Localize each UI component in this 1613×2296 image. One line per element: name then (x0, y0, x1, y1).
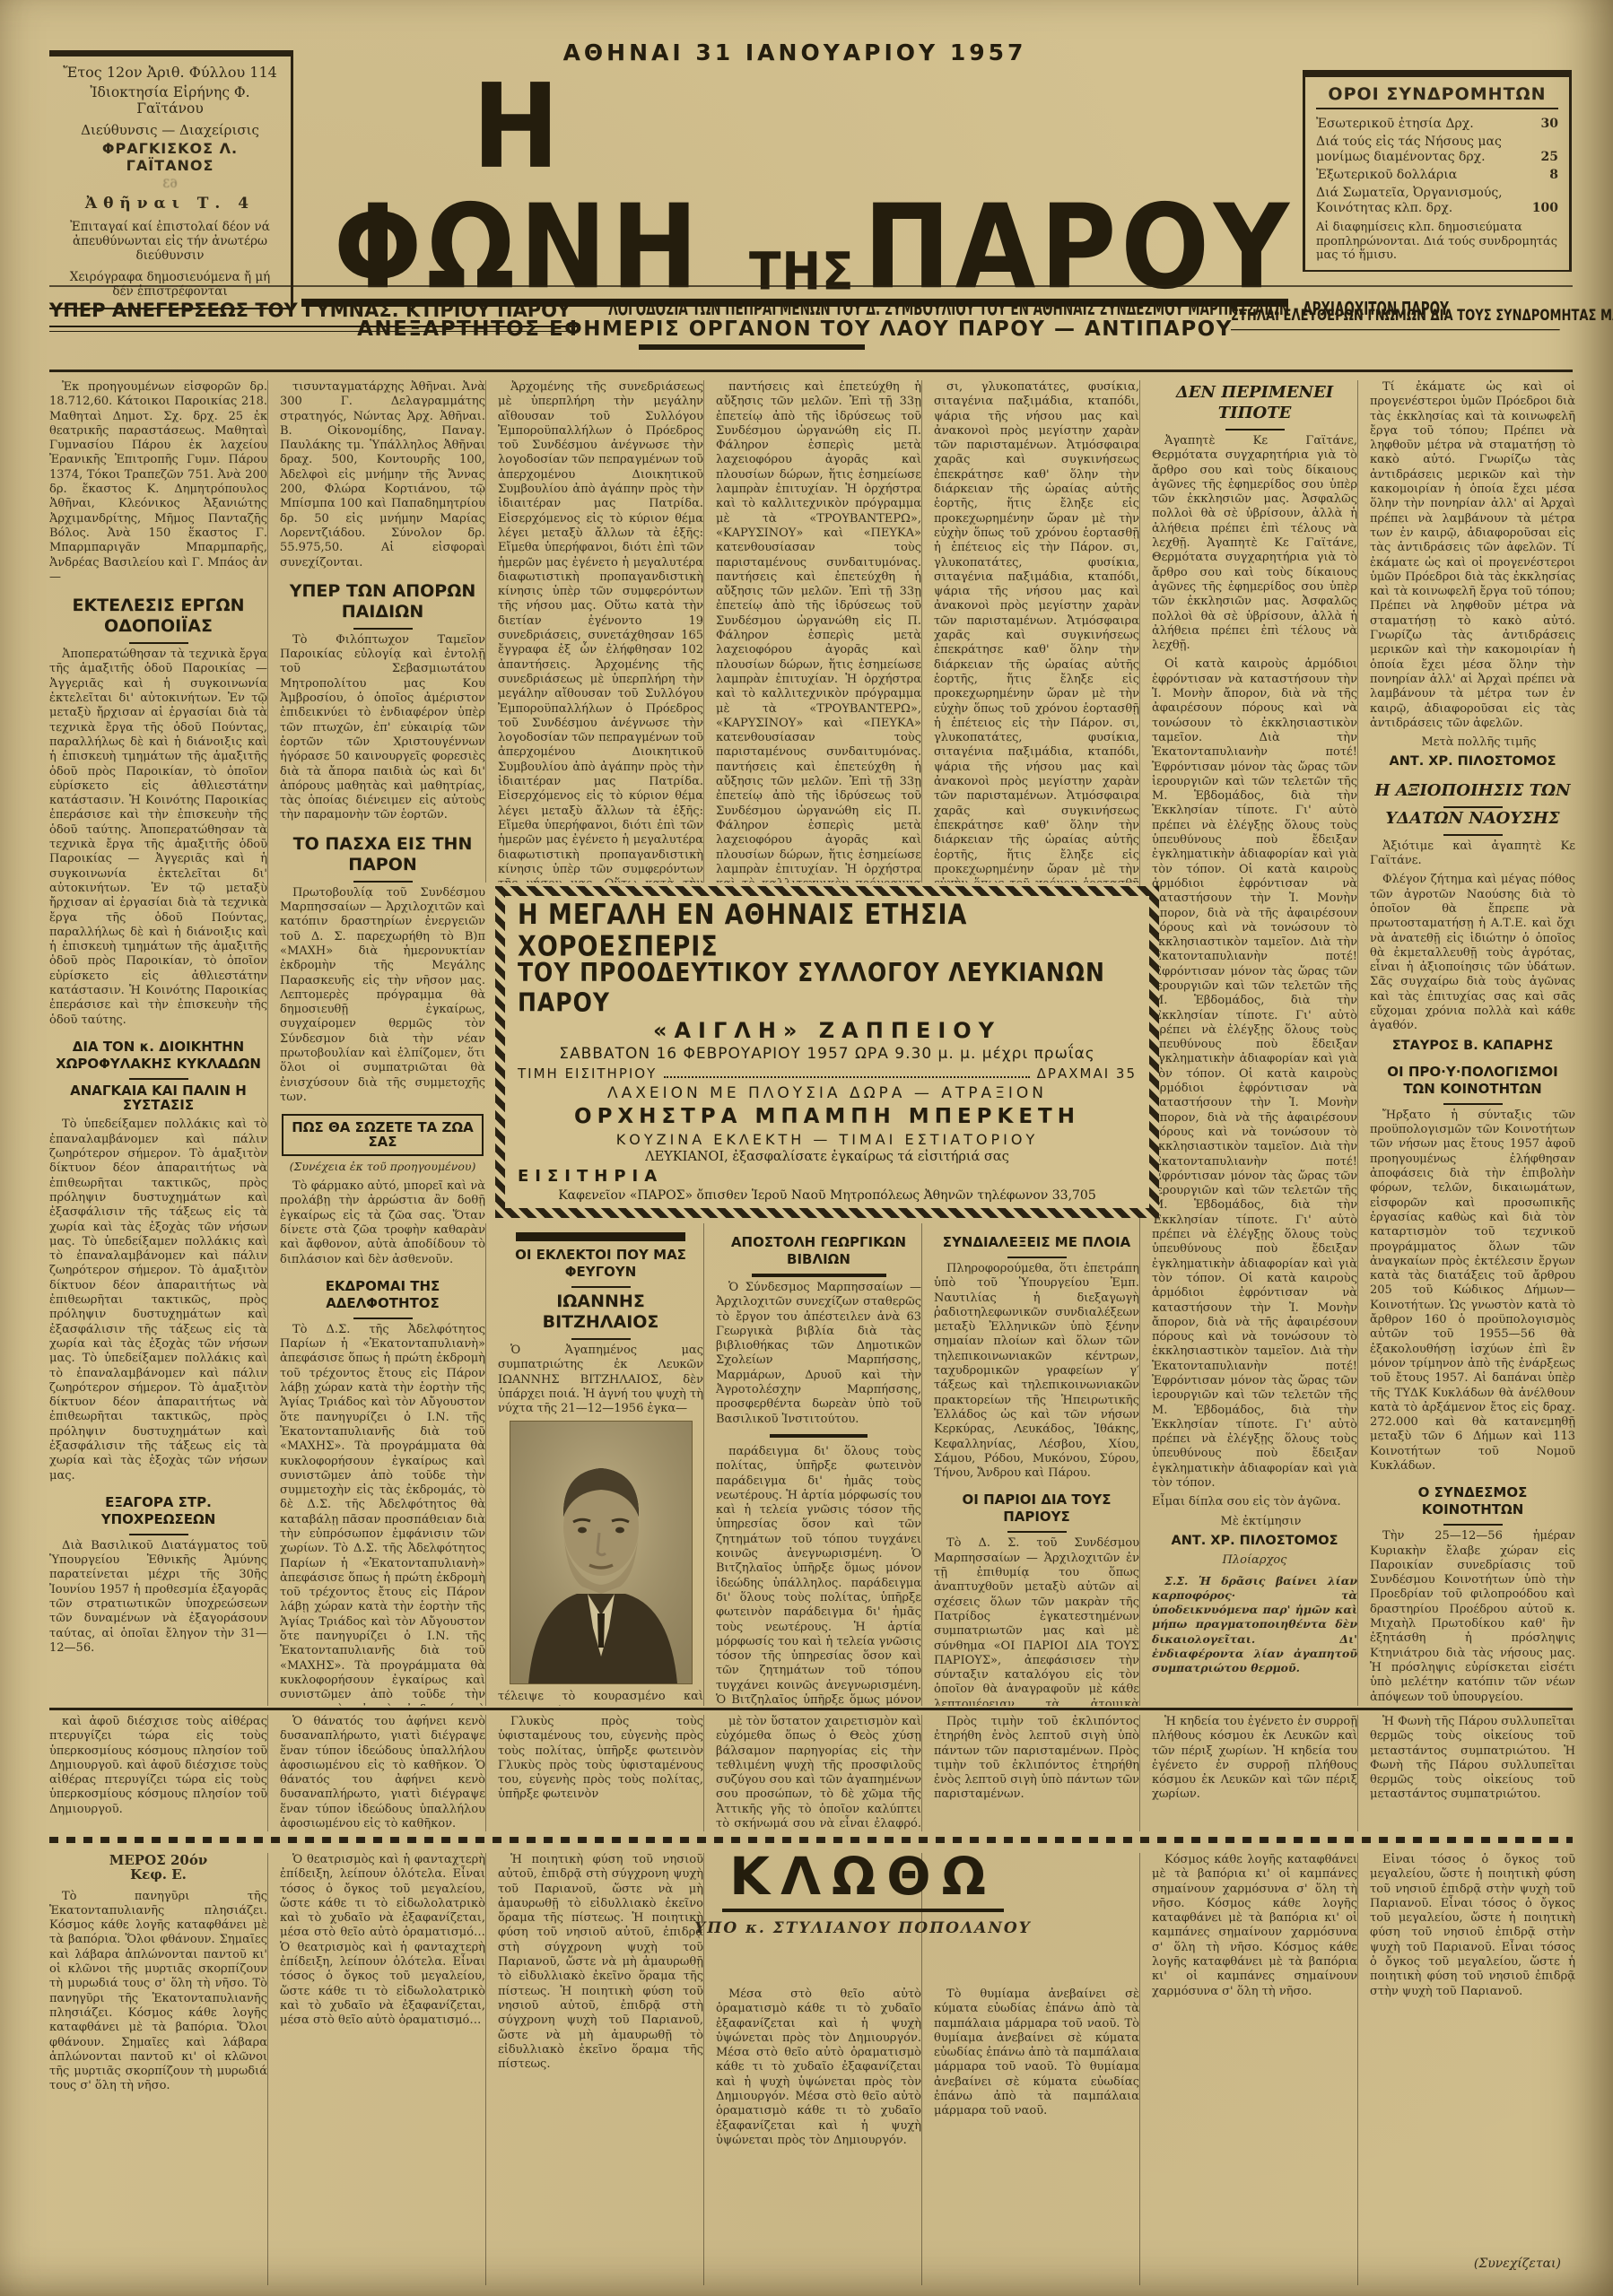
column-4-top: παντήσεις καὶ ἐπετεύχθη ἡ αὔξησις τῶν με… (703, 380, 921, 883)
heading-community-budgets: ΟΙ ΠΡΟ·Υ·ΠΟΛΟΓΙΣΜΟΙ ΤΩΝ ΚΟΙΝΟΤΗΤΩΝ (1370, 1064, 1575, 1105)
heading-road-works: ΕΚΤΕΛΕΣΙΣ ΕΡΓΩΝ ΟΔΟΠΟΙΪΑΣ (49, 596, 267, 644)
signature-title: Πλοίαρχος (1152, 1553, 1357, 1568)
column-5-bottom: ΣΥΝΔΙΑΛΕΞΕΙΣ ΜΕ ΠΛΟΙΑ Πληροφορούμεθα, ὅτ… (921, 1223, 1139, 1706)
letter-body: Οἱ κατὰ καιροὺς ἁρμόδιοι ἐφρόντισαν νὰ κ… (1152, 657, 1357, 1491)
heading-poor-children: ΥΠΕΡ ΤΩΝ ΑΠΟΡΩΝ ΠΑΙΔΙΩΝ (280, 581, 485, 630)
serial-column-7: Εἶναι τόσος ὁ ὄγκος τοῦ μεγαλείου, ὥστε … (1357, 1853, 1575, 2285)
column-3-bottom: ΟΙ ΕΚΛΕΚΤΟΙ ΠΟΥ ΜΑΣ ΦΕΥΓΟΥΝ ΙΩΑΝΝΗΣ ΒΙΤΖ… (485, 1223, 703, 1706)
cont-column-6: Ἡ κηδεία του ἐγένετο ἐν συρροῇ πλήθους κ… (1139, 1715, 1357, 1831)
cont-column-3: Γλυκὺς πρὸς τοὺς ὑφισταμένους του, εὐγεν… (485, 1715, 703, 1831)
obituary-continuation: τέλειψε τὸ κουρασμένο καὶ βασανισμένο σῶ… (498, 1690, 703, 1706)
heading-save-your-animals: ΠΩΣ ΘΑ ΣΩΖΕΤΕ ΤΑ ΖΩΑ ΣΑΣ (282, 1114, 484, 1156)
masthead: ΑΘΗΝΑΙ 31 ΙΑΝΟΥΑΡΙΟΥ 1957 Η ΦΩΝΗ ΤΗΣ ΠΑΡ… (296, 39, 1294, 341)
article-body: τισυνταγματάρχης Ἀθῆναι. Ἀνὰ 300 Γ. Δελα… (280, 380, 485, 570)
terms-row: Διά τούς εἰς τάς Νήσους μας μονίμως διαμ… (1316, 135, 1558, 165)
cont-column-1: καὶ ἀφοῦ διέσχισε τοὺς αἰθέρας πτερυγίζε… (49, 1715, 267, 1831)
article-body: Ἤρξατο ἡ σύνταξις τῶν προϋπολογισμῶν τῶν… (1370, 1109, 1575, 1474)
serial-body: Τὸ πανηγῦρι τῆς Ἑκατονταπυλιανῆς πλησιάζ… (49, 1890, 267, 2094)
article-body: Τὴν 25—12—56 ἡμέραν Κυριακὴν ἔλαβε χώραν… (1370, 1529, 1575, 1705)
subheading-gendarmerie: ΑΝΑΓΚΑΙΑ ΚΑΙ ΠΑΛΙΝ Η ΣΥΣΤΑΣΙΣ (49, 1083, 267, 1113)
newspaper-page: Ἔτος 12ον Ἀριθ. Φύλλου 114 Ἰδιοκτησία Εἰ… (0, 0, 1613, 2296)
obituary-continuation: Γλυκὺς πρὸς τοὺς ὑφισταμένους του, εὐγεν… (498, 1715, 703, 1803)
article-body: Ἡ κηδεία του ἐγένετο ἐν συρροῇ πλήθους κ… (1152, 1715, 1357, 1803)
heading-communities-association: Ο ΣΥΝΔΕΣΜΟΣ ΚΟΙΝΟΤΗΤΩΝ (1370, 1484, 1575, 1526)
management-label: Διεύθυνσις — Διαχείρισις (58, 122, 282, 138)
serial-chapter-label: Κεφ. Ε. (130, 1866, 187, 1883)
article-body: Πρωτοβουλίᾳ τοῦ Συνδέσμου Μαρπησσαίων — … (280, 886, 485, 1105)
terms-label: Διά Σωματεῖα, Ὀργανισμούς, Κοινότητας κλ… (1316, 186, 1527, 216)
title-part-2: ΤΗΣ (749, 242, 855, 302)
correspondence-note: Ἐπιταγαί καί ἐπιστολαί δέον νά ἀπευθύνων… (58, 220, 282, 263)
letter-body: Φλέγον ζήτημα καὶ μέγας πόθος τῶν ἀγροτῶ… (1370, 873, 1575, 1033)
obituary-intro: Ὁ Ἀγαπημένος μας συμπατριώτης ἐκ Λευκῶν … (498, 1344, 703, 1416)
serial-byline: ΥΠΟ κ. ΣΤΥΛΙΑΝΟΥ ΠΟΠΟΛΑΝΟΥ (666, 1919, 1060, 1937)
terms-note: Αἱ διαφημίσεις κλπ. δημοσιεύματα προπληρ… (1316, 221, 1558, 263)
serial-column-1: ΜΕΡΟΣ 20όν Κεφ. Ε. Τὸ πανηγῦρι τῆς Ἑκατο… (49, 1853, 267, 2285)
serial-title-block: ΚΛΩΘΩ ΥΠΟ κ. ΣΤΥΛΙΑΝΟΥ ΠΟΠΟΛΑΝΟΥ (666, 1846, 1060, 1937)
section-black-bar (516, 1232, 685, 1241)
article-body: Τὸ Δ.Σ. τῆς Ἀδελφότητος Παρίων ἡ «Ἑκατον… (280, 1323, 485, 1706)
article-body: Ἐκ προηγουμένων εἰσφορῶν δρ. 18.712,60. … (49, 380, 267, 585)
serial-title: ΚΛΩΘΩ (722, 1846, 1004, 1912)
ad-ticket-label: ΤΙΜΗ ΕΙΣΙΤΗΡΙΟΥ (518, 1065, 657, 1082)
terms-value: 100 (1532, 201, 1558, 216)
terms-row: Ἐσωτερικοῦ ἐτησία Δρχ. 30 (1316, 117, 1558, 132)
editor-note: Σ.Σ. Ἡ δρᾶσις βαίνει λίαν καρποφόρος· τὰ… (1152, 1574, 1357, 1676)
serial-column-6: Κόσμος κάθε λογῆς καταφθάνει μὲ τὰ βαπόρ… (1139, 1853, 1357, 2285)
signature-intro: Μὲ ἐκτίμησιν (1152, 1515, 1357, 1529)
newspaper-title: Η ΦΩΝΗ ΤΗΣ ΠΑΡΟΥ (296, 67, 1294, 309)
lower-section-rule (49, 1708, 1573, 1710)
letter-closing: Εἶμαι δίπλα σου εἰς τὸν ἀγῶνα. (1152, 1495, 1357, 1509)
headline-right: ΣΤΗΛΑΙ ΕΛΕΥΘΕΡΩΝ ΓΝΩΜΩΝ ΔΙΑ ΤΟΥΣ ΣΥΝΔΡΟΜ… (1231, 307, 1560, 333)
article-body: Ἀποπερατώθησαν τὰ τεχνικὰ ἔργα τῆς ἁμαξι… (49, 648, 267, 1028)
heading-naoussa-waters-line2: ΥΔΑΤΩΝ ΝΑΟΥΣΗΣ (1370, 808, 1575, 836)
ad-date-time: ΣΑΒΒΑΤΟΝ 16 ΦΕΒΡΟΥΑΡΙΟΥ 1957 ΩΡΑ 9.30 μ.… (559, 1045, 1095, 1063)
terms-label: Ἐξωτερικοῦ δολλάρια (1316, 168, 1544, 183)
heading-gendarmerie-commander: ΔΙΑ ΤΟΝ κ. ΔΙΟΙΚΗΤΗΝ ΧΩΡΟΦΥΛΑΚΗΣ ΚΥΚΛΑΔΩ… (49, 1039, 267, 1080)
article-body: Τὸ φάρμακο αὐτό, μπορεῖ καὶ νὰ προλάβῃ τ… (280, 1179, 485, 1267)
header-divider-rule (49, 285, 1573, 287)
terms-value: 8 (1549, 168, 1558, 183)
article-body: Πρὸς τιμὴν τοῦ ἐκλιπόντος ἐτηρήθη ἐνὸς λ… (934, 1715, 1139, 1803)
headline-center: ΛΟΓΟΔΟΣΙΑ ΤΩΝ ΠΕΠΡΑΓΜΕΝΩΝ ΤΟΥ Δ. ΣΥΜΒΟΥΛ… (608, 298, 1193, 319)
article-body: Ἀρχομένης τῆς συνεδριάσεως μὲ ὑπερπλήρη … (498, 380, 703, 883)
serial-part-label: ΜΕΡΟΣ 20όν Κεφ. Ε. (49, 1853, 267, 1883)
to-be-continued: (Συνεχίζεται) (1319, 2257, 1561, 2271)
cont-column-5: Πρὸς τιμὴν τοῦ ἐκλιπόντος ἐτηρήθη ἐνὸς λ… (921, 1715, 1139, 1831)
ad-ticket-row: ΤΙΜΗ ΕΙΣΙΤΗΡΙΟΥ ΔΡΑΧΜΑΙ 35 (518, 1065, 1137, 1082)
subscription-terms-box: ΟΡΟΙ ΣΥΝΔΡΟΜΗΤΩΝ Ἐσωτερικοῦ ἐτησία Δρχ. … (1303, 70, 1572, 272)
heading-departed-notables: ΟΙ ΕΚΛΕΚΤΟΙ ΠΟΥ ΜΑΣ ΦΕΥΓΟΥΝ (498, 1247, 703, 1288)
column-4-bottom: ΑΠΟΣΤΟΛΗ ΓΕΩΡΓΙΚΩΝ ΒΙΒΛΙΩΝ Ὁ Σύνδεσμος Μ… (703, 1223, 921, 1706)
signature-pilostomos: ΑΝΤ. ΧΡ. ΠΙΛΟΣΤΟΜΟΣ (1370, 754, 1575, 769)
headline-band-rule (49, 370, 1573, 372)
column-7: Τί ἐκάματε ὡς καὶ οἱ προγενέστεροι ὑμῶν … (1357, 380, 1575, 1706)
terms-title: ΟΡΟΙ ΣΥΝΔΡΟΜΗΤΩΝ (1316, 84, 1558, 109)
cont-column-4: μὲ τὸν ὕστατον χαιρετισμὸν καὶ εὐχόμεθα … (703, 1715, 921, 1831)
column-5-top: σι, γλυκοπατάτες, φυσίκια, σιταγένια παξ… (921, 380, 1139, 883)
serial-body: Τὸ θυμίαμα ἀνεβαίνει σὲ κύματα εὐωδίας ἐ… (934, 1987, 1139, 2119)
ad-title-line1: Η ΜΕΓΑΛΗ ΕΝ ΑΘΗΝΑΙΣ ΕΤΗΣΙΑ ΧΟΡΟΕΣΠΕΡΙΣ (518, 899, 1137, 962)
cont-column-7: Ἡ Φωνὴ τῆς Πάρου συλλυπεῖται θερμῶς τοὺς… (1357, 1715, 1575, 1831)
terms-row: Ἐξωτερικοῦ δολλάρια 8 (1316, 168, 1558, 183)
ad-venue: «ΑΙΓΛΗ» ΖΑΠΠΕΙΟΥ (653, 1018, 1001, 1043)
column-2: τισυνταγματάρχης Ἀθῆναι. Ἀνὰ 300 Γ. Δελα… (267, 380, 485, 1706)
article-body: Τὸ Φιλόπτωχον Ταμεῖον Παροικίας εὐλογίᾳ … (280, 633, 485, 823)
signature-kaparis: ΣΤΑΥΡΟΣ Β. ΚΑΠΑΡΗΣ (1370, 1039, 1575, 1053)
heading-military-buyout: ΕΞΑΓΟΡΑ ΣΤΡ. ΥΠΟΧΡΕΩΣΕΩΝ (49, 1494, 267, 1535)
column-1: Ἐκ προηγουμένων εἰσφορῶν δρ. 18.712,60. … (49, 380, 267, 1706)
ad-tickets-label: ΕΙΣΙΤΗΡΙΑ (518, 1167, 663, 1186)
article-body: σι, γλυκοπατάτες, φυσίκια, σιταγένια παξ… (934, 380, 1139, 883)
ad-orchestra-line: ΟΡΧΗΣΤΡΑ ΜΠΑΜΠΗ ΜΠΕΡΚΕΤΗ (574, 1105, 1080, 1128)
article-body: Ἡ Φωνὴ τῆς Πάρου συλλυπεῖται θερμῶς τοὺς… (1370, 1715, 1575, 1803)
title-part-1: Η ΦΩΝΗ (296, 67, 740, 309)
terms-label: Διά τούς εἰς τάς Νήσους μας μονίμως διαμ… (1316, 135, 1536, 165)
heading-parians-for-parians: ΟΙ ΠΑΡΙΟΙ ΔΙΑ ΤΟΥΣ ΠΑΡΙΟΥΣ (934, 1492, 1139, 1533)
ad-ticket-price: ΔΡΑΧΜΑΙ 35 (1037, 1065, 1137, 1082)
serial-body: Κόσμος κάθε λογῆς καταφθάνει μὲ τὰ βαπόρ… (1152, 1853, 1357, 1999)
ad-ticket-dots (664, 1066, 1029, 1078)
serial-body: Ὁ θεατρισμὸς καὶ ἡ φανταχτερὴ ἐπίδειξη, … (280, 1853, 485, 2029)
column-6: ΔΕΝ ΠΕΡΙΜΕΝΕΙ ΤΙΠΟΤΕ Ἀγαπητὲ Κε Γαϊτάνε,… (1139, 380, 1357, 1706)
headline-center-bar (639, 344, 865, 350)
publisher-name: ΦΡΑΓΚΙΣΚΟΣ Λ. ΓΑΪΤΑΝΟΣ (58, 140, 282, 174)
heading-expects-nothing: ΔΕΝ ΠΕΡΙΜΕΝΕΙ ΤΙΠΟΤΕ (1152, 382, 1357, 430)
obituary-continuation: Ὁ θάνατός του ἀφήνει κενὸ δυσαναπλήρωτο,… (280, 1715, 485, 1831)
terms-label: Ἐσωτερικοῦ ἐτησία Δρχ. (1316, 117, 1536, 132)
signature-intro: Μετὰ πολλῆς τιμῆς (1370, 735, 1575, 750)
address-ghost-line: 63 (58, 178, 282, 191)
obituary-tribute: παράδειγμα δι' ὅλους τοὺς πολίτας, ὑπῆρξ… (716, 1445, 921, 1706)
dateline: ΑΘΗΝΑΙ 31 ΙΑΝΟΥΑΡΙΟΥ 1957 (296, 39, 1294, 65)
article-body: Τὸ Δ. Σ. τοῦ Συνδέσμου Μαρπησσαίων — Ἀρχ… (934, 1536, 1139, 1706)
article-body: Τὸ ὑπεδείξαμεν πολλάκις καὶ τὸ ἐπαναλαμβ… (49, 1118, 267, 1483)
ownership-line: Ἰδιοκτησία Εἰρήνης Φ. Γαϊτάνου (58, 84, 282, 117)
continuation-note: (Συνέχεια ἐκ τοῦ προηγουμένου) (280, 1160, 485, 1174)
headline-left-underline (49, 326, 577, 332)
article-body: Πληροφορούμεθα, ὅτι ἐπετράπη ὑπὸ τοῦ Ὑπο… (934, 1262, 1139, 1481)
heading-brotherhood-excursions: ΕΚΔΡΟΜΑΙ ΤΗΣ ΑΔΕΛΦΟΤΗΤΟΣ (280, 1278, 485, 1319)
publication-info-box: Ἔτος 12ον Ἀριθ. Φύλλου 114 Ἰδιοκτησία Εἰ… (49, 50, 293, 309)
cont-column-2: Ὁ θάνατός του ἀφήνει κενὸ δυσαναπλήρωτο,… (267, 1715, 485, 1831)
divider-bar (770, 1434, 868, 1438)
heading-agricultural-books: ΑΠΟΣΤΟΛΗ ΓΕΩΡΓΙΚΩΝ ΒΙΒΛΙΩΝ (716, 1234, 921, 1277)
serial-body: Εἶναι τόσος ὁ ὄγκος τοῦ μεγαλείου, ὥστε … (1370, 1853, 1575, 1999)
heading-naoussa-waters-line1: Η ΑΞΙΟΠΟΙΗΣΙΣ ΤΩΝ (1370, 780, 1575, 808)
serial-column-2: Ὁ θεατρισμὸς καὶ ἡ φανταχτερὴ ἐπίδειξη, … (267, 1853, 485, 2285)
terms-value: 25 (1541, 150, 1558, 165)
letter-body: Ἀγαπητὲ Κε Γαϊτάνε, Θερμότατα συγχαρητήρ… (1152, 434, 1357, 653)
headline-right-underline (1231, 329, 1560, 333)
terms-row: Διά Σωματεῖα, Ὀργανισμούς, Κοινότητας κλ… (1316, 186, 1558, 216)
diamond-divider-rule (49, 1837, 1573, 1843)
obituary-continuation: καὶ ἀφοῦ διέσχισε τοὺς αἰθέρας πτερυγίζε… (49, 1715, 267, 1817)
obituary-farewell: μὲ τὸν ὕστατον χαιρετισμὸν καὶ εὐχόμεθα … (716, 1715, 921, 1831)
letter-salutation: Ἀξιότιμε καὶ ἀγαπητὲ Κε Γαϊτάνε. (1370, 839, 1575, 869)
serial-body: Μέσα στὸ θεῖο αὐτὸ ὁραματισμὸ κάθε τι τὸ… (716, 1987, 921, 2148)
heading-ioannis-vitzilaios: ΙΩΑΝΝΗΣ ΒΙΤΖΗΛΑΙΟΣ (498, 1291, 703, 1340)
dance-evening-ad: Η ΜΕΓΑΛΗ ΕΝ ΑΘΗΝΑΙΣ ΕΤΗΣΙΑ ΧΟΡΟΕΣΠΕΡΙΣ Τ… (495, 886, 1159, 1218)
issue-number: Ἔτος 12ον Ἀριθ. Φύλλου 114 (58, 64, 282, 81)
title-part-3: ΠΑΡΟΥ (864, 187, 1294, 308)
city-line: Ἀθῆναι Τ. 4 (58, 195, 282, 213)
letter-body: Τί ἐκάματε ὡς καὶ οἱ προγενέστεροι ὑμῶν … (1370, 380, 1575, 731)
article-body: παντήσεις καὶ ἐπετεύχθη ἡ αὔξησις τῶν με… (716, 380, 921, 883)
column-3-top: Ἀρχομένης τῆς συνεδριάσεως μὲ ὑπερπλήρη … (485, 380, 703, 883)
ad-call-to-action: ΛΕΥΚΙΑΝΟΙ, ἐξασφαλίσατε ἐγκαίρως τά εἰσι… (645, 1150, 1009, 1164)
ad-tickets-address: Καφενεῖον «ΠΑΡΟΣ» ὄπισθεν Ἱεροῦ Ναοῦ Μητ… (558, 1188, 1096, 1203)
portrait-photo (510, 1421, 693, 1684)
ad-title-line2: ΤΟΥ ΠΡΟΟΔΕΥΤΙΚΟΥ ΣΥΛΛΟΓΟΥ ΛΕΥΚΙΑΝΩΝ ΠΑΡΟ… (518, 957, 1137, 1017)
ad-cuisine-line: ΚΟΥΖΙΝΑ ΕΚΛΕΚΤΗ — ΤΙΜΑΙ ΕΣΤΙΑΤΟΡΙΟΥ (616, 1131, 1038, 1148)
headline-left: ΥΠΕΡ ΑΝΕΓΕΡΣΕΩΣ ΤΟΥ ΓΥΜΝΑΣ. ΚΤΙΡΙΟΥ ΠΑΡΟ… (49, 300, 577, 332)
heading-ship-calls: ΣΥΝΔΙΑΛΕΞΕΙΣ ΜΕ ΠΛΟΙΑ (934, 1234, 1139, 1258)
article-body: Διὰ Βασιλικοῦ Διατάγματος τοῦ Ὑπουργείου… (49, 1539, 267, 1656)
manuscripts-note: Χειρόγραφα δημοσιευόμενα ἤ μή δέν ἐπιστρ… (58, 270, 282, 299)
signature-pilostomos: ΑΝΤ. ΧΡ. ΠΙΛΟΣΤΟΜΟΣ (1152, 1534, 1357, 1548)
terms-value: 30 (1541, 117, 1558, 132)
article-body: Ὁ Σύνδεσμος Μαρπησσαίων — Ἀρχιλοχιτῶν συ… (716, 1281, 921, 1427)
heading-easter-in-paros: ΤΟ ΠΑΣΧΑ ΕΙΣ ΤΗΝ ΠΑΡΟΝ (280, 834, 485, 883)
portrait-photo-art (510, 1422, 692, 1683)
ad-lottery-line: ΛΑΧΕΙΟΝ ΜΕ ΠΛΟΥΣΙΑ ΔΩΡΑ — ΑΤΡΑΞΙΟΝ (607, 1084, 1047, 1102)
